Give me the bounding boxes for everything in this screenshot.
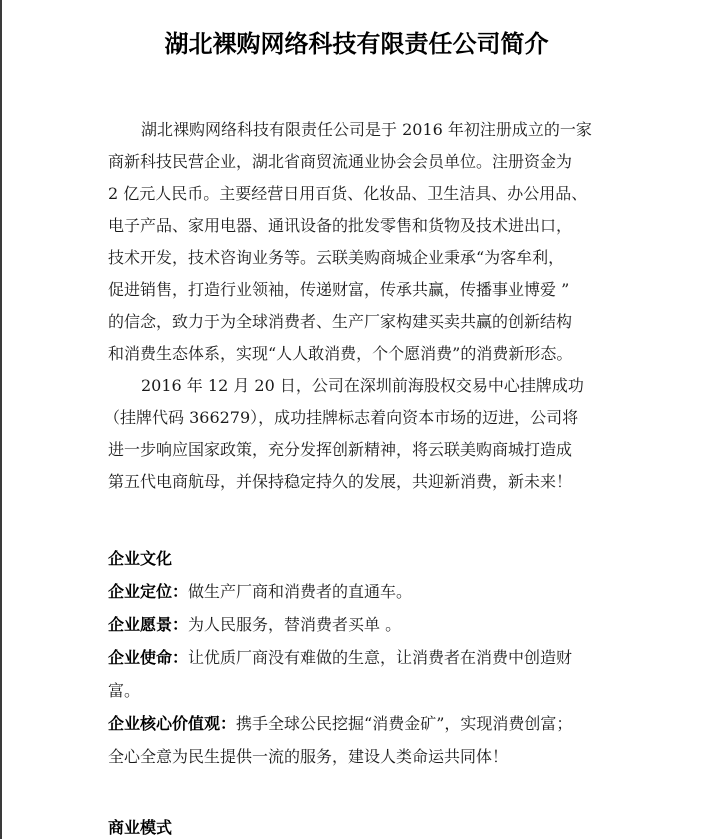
listing-line: 进一步响应国家政策，充分发挥创新精神，将云联美购商城打造成 [108,440,572,460]
page-left-border [0,0,2,839]
section-heading-culture: 企业文化 [108,546,172,569]
listing-line: 2016 年 12 月 20 日，公司在深圳前海股权交易中心挂牌成功 [141,376,584,396]
positioning-label: 企业定位： [108,582,188,601]
intro-line: 促进销售，打造行业领袖，传递财富，传承共赢，传播事业博爱 ” [108,280,569,300]
intro-line: 电子产品、家用电器、通讯设备的批发零售和货物及技术进出口， [108,216,572,236]
intro-line: 商新科技民营企业，湖北省商贸流通业协会会员单位。注册资金为 [108,152,572,172]
positioning-text: 做生产厂商和消费者的直通车。 [188,582,412,601]
values-label: 企业核心价值观： [108,714,236,733]
intro-line: 2 亿元人民币。主要经营日用百货、化妆品、卫生洁具、办公用品、 [108,184,587,204]
culture-vision: 企业愿景：为人民服务，替消费者买单 。 [108,615,401,635]
document-title: 湖北裸购网络科技有限责任公司简介 [0,24,713,59]
intro-line: 技术开发，技术咨询业务等。云联美购商城企业秉承“为客牟利， [108,248,564,268]
vision-text: 为人民服务，替消费者买单 。 [188,615,401,634]
listing-line: （挂牌代码 366279），成功挂牌标志着向资本市场的迈进，公司将 [104,408,578,428]
culture-values: 企业核心价值观：携手全球公民挖掘“消费金矿”，实现消费创富； [108,714,572,734]
listing-line: 第五代电商航母，并保持稳定持久的发展，共迎新消费，新未来！ [108,472,572,492]
mission-label: 企业使命： [108,648,188,667]
culture-mission: 企业使命：让优质厂商没有难做的生意，让消费者在消费中创造财 [108,648,572,668]
intro-line: 和消费生态体系，实现“人人敢消费，个个愿消费”的消费新形态。 [108,344,572,364]
mission-text: 让优质厂商没有难做的生意，让消费者在消费中创造财 [188,648,572,667]
culture-positioning: 企业定位：做生产厂商和消费者的直通车。 [108,582,412,602]
values-text: 携手全球公民挖掘“消费金矿”，实现消费创富； [236,714,572,733]
intro-line: 的信念，致力于为全球消费者、生产厂家构建买卖共赢的创新结构 [108,312,572,332]
vision-label: 企业愿景： [108,615,188,634]
values-continuation: 全心全意为民生提供一流的服务，建设人类命运共同体！ [108,747,508,767]
section-heading-business-model: 商业模式 [108,815,172,838]
mission-continuation: 富。 [108,681,140,701]
intro-line: 湖北裸购网络科技有限责任公司是于 2016 年初注册成立的一家 [141,120,592,140]
